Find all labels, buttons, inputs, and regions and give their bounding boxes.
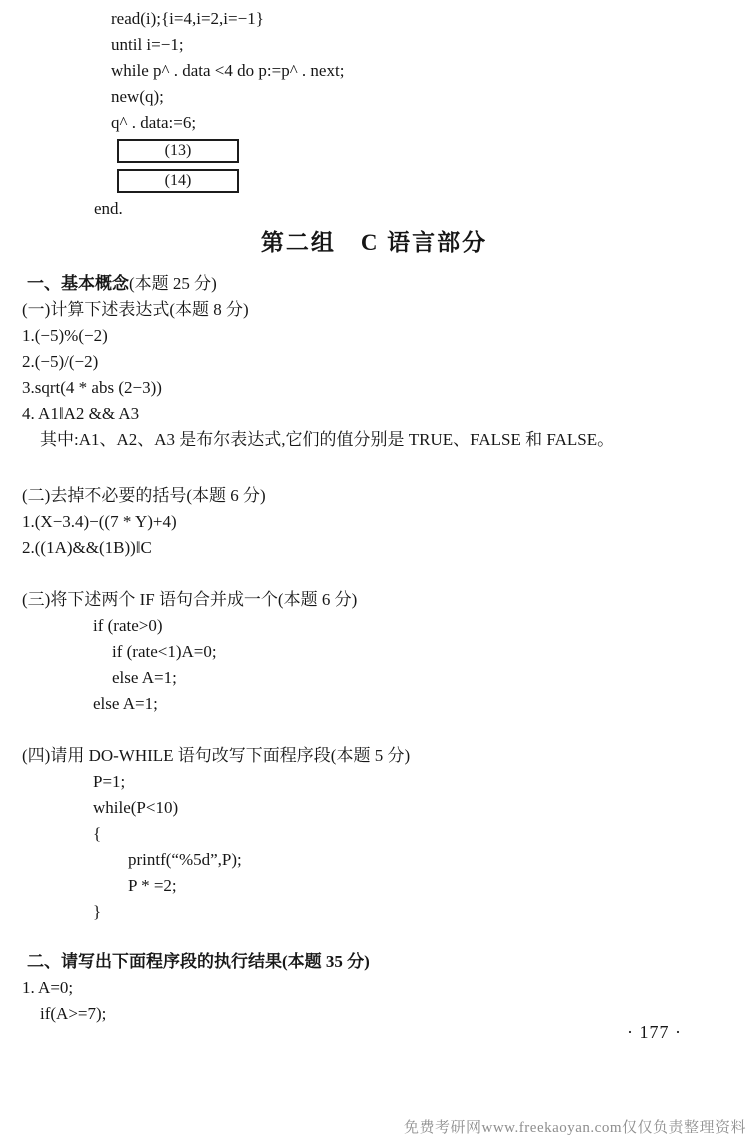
scanned-exam-page: read(i);{i=4,i=2,i=−1} until i=−1; while…	[0, 0, 748, 1139]
part-3-heading: (三)将下述两个 IF 语句合并成一个(本题 6 分)	[22, 587, 748, 613]
pascal-code-line: until i=−1;	[111, 32, 748, 58]
c-code-line: }	[93, 899, 748, 925]
expression-item: 4. A1‖A2 && A3	[22, 401, 748, 427]
pascal-code-line: new(q);	[111, 84, 748, 110]
c-code-line: P=1;	[93, 769, 748, 795]
c-code-line: {	[93, 821, 748, 847]
c-code-line: 1. A=0;	[22, 975, 748, 1001]
section-1-heading-rest: (本题 25 分)	[129, 274, 217, 293]
part-1-heading: (一)计算下述表达式(本题 8 分)	[22, 297, 748, 323]
expression-item: 2.((1A)&&(1B))‖C	[22, 535, 748, 561]
section-2-heading: 二、请写出下面程序段的执行结果(本题 35 分)	[27, 949, 748, 975]
section-2-heading-bold: 二、请写出下面程序段的执行结果(本题 35 分)	[27, 952, 370, 971]
c-code-line: if (rate>0)	[93, 613, 748, 639]
pascal-code-line: while p^ . data <4 do p:=p^ . next;	[111, 58, 748, 84]
answer-blank-14: (14)	[117, 169, 239, 193]
pascal-code-line: read(i);{i=4,i=2,i=−1}	[111, 6, 748, 32]
expression-item: 1.(−5)%(−2)	[22, 323, 748, 349]
part-4-heading: (四)请用 DO-WHILE 语句改写下面程序段(本题 5 分)	[22, 743, 748, 769]
c-code-line: printf(“%5d”,P);	[128, 847, 748, 873]
pascal-code-line: q^ . data:=6;	[111, 110, 748, 136]
footer-watermark: 免费考研网www.freekaoyan.com仅仅负责整理资料	[404, 1116, 746, 1137]
c-code-line: else A=1;	[93, 691, 748, 717]
c-code-line: P * =2;	[128, 873, 748, 899]
part-2-heading: (二)去掉不必要的括号(本题 6 分)	[22, 483, 748, 509]
page-title: 第二组 C 语言部分	[0, 227, 748, 259]
pascal-end-line: end.	[94, 196, 748, 222]
expression-item: 2.(−5)/(−2)	[22, 349, 748, 375]
c-code-line: while(P<10)	[93, 795, 748, 821]
answer-blank-13: (13)	[117, 139, 239, 163]
section-1-heading: 一、基本概念(本题 25 分)	[27, 271, 748, 297]
c-code-line: if (rate<1)A=0;	[112, 639, 748, 665]
part-1-note: 其中:A1、A2、A3 是布尔表达式,它们的值分别是 TRUE、FALSE 和 …	[40, 427, 748, 453]
c-code-line: else A=1;	[112, 665, 748, 691]
expression-item: 3.sqrt(4 * abs (2−3))	[22, 375, 748, 401]
expression-item: 1.(X−3.4)−((7 * Y)+4)	[22, 509, 748, 535]
section-1-heading-bold: 一、基本概念	[27, 274, 129, 293]
page-number: · 177 ·	[627, 1022, 682, 1043]
pascal-code-block: read(i);{i=4,i=2,i=−1} until i=−1; while…	[0, 0, 748, 222]
